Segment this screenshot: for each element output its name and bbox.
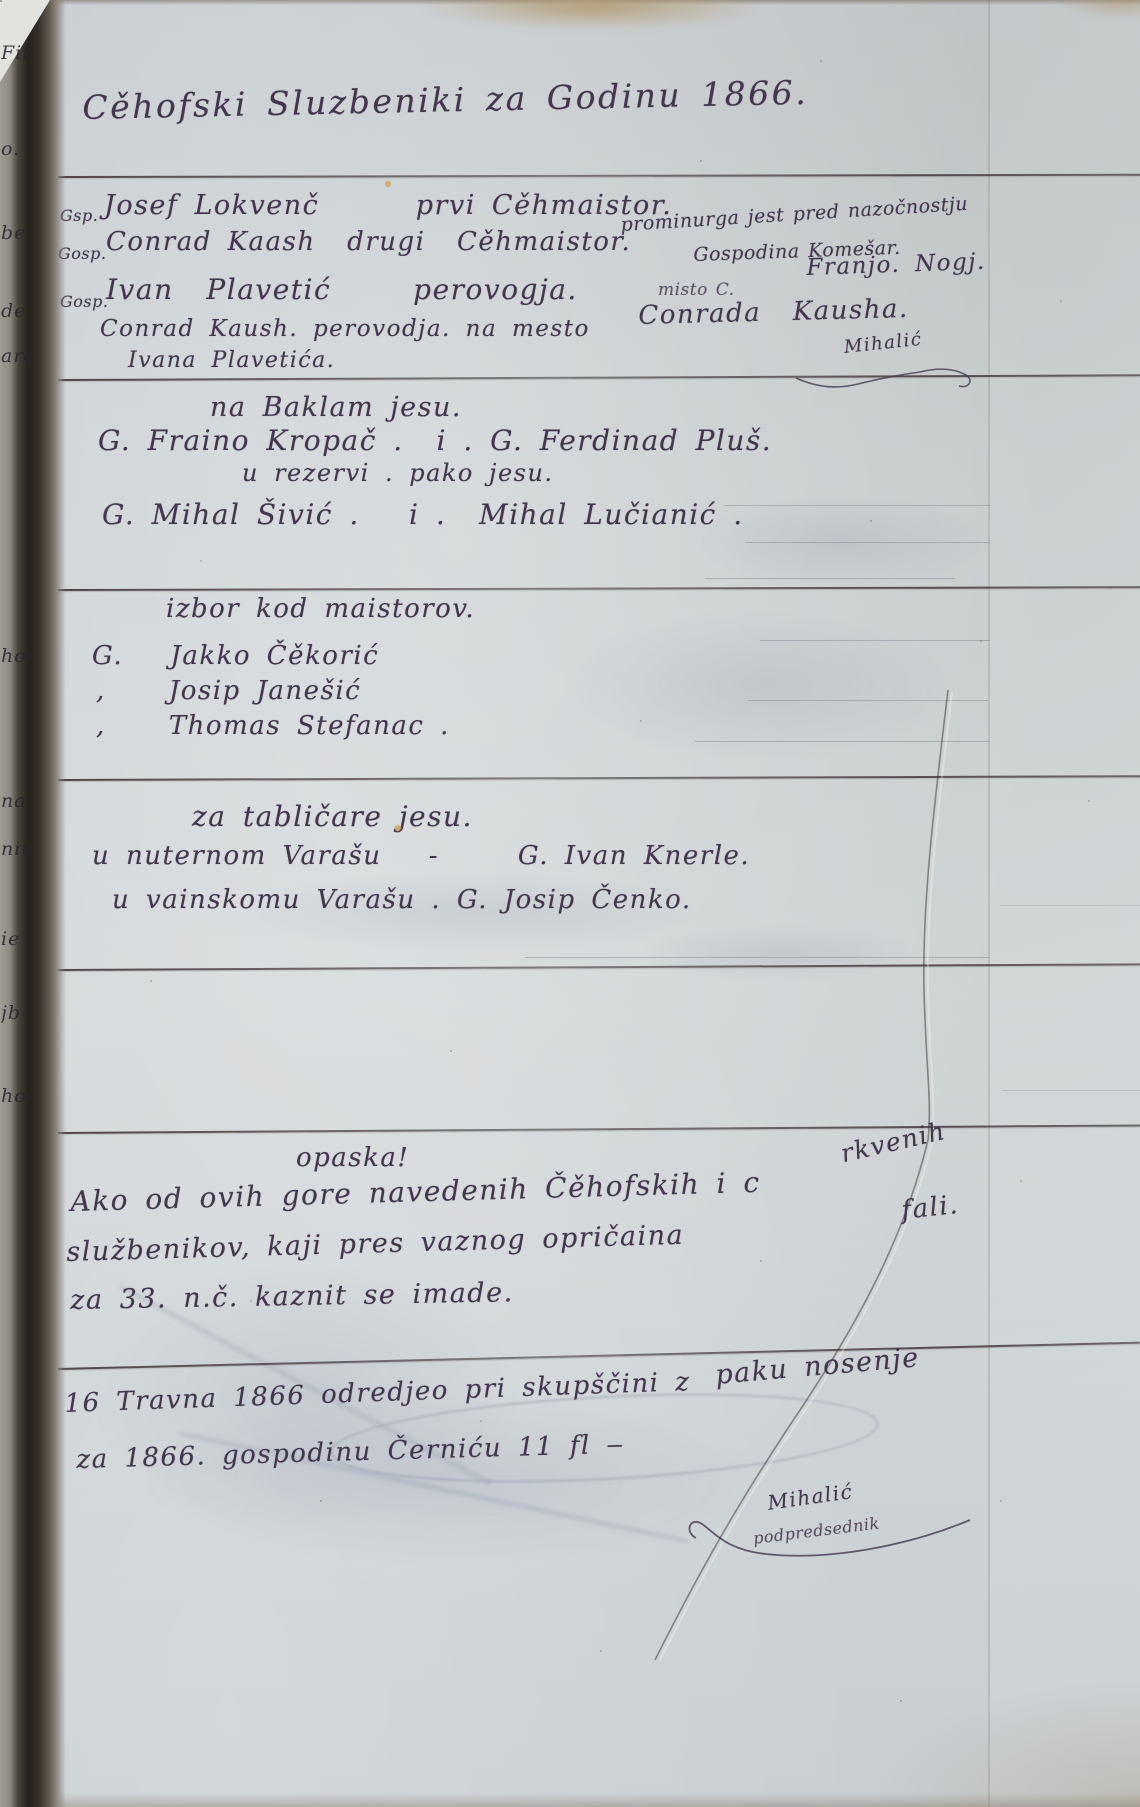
izbor-line: G. Jakko Čěkorić [92, 641, 379, 671]
manuscript-page-scan: Cěhofski Sluzbeniki za Godinu 1866. Gsp.… [0, 0, 1140, 1807]
paper-specks [0, 0, 2, 2]
official-line-replaced-name: Ivana Plavetića. [128, 348, 335, 373]
section-heading-baklam: na Baklam jesu. [210, 392, 462, 423]
margin-fragment: are [1, 345, 31, 367]
marginal-note: misto C. [658, 280, 735, 300]
tablicari-line: u nuternom Varašu - G. Ivan Knerle. [92, 841, 750, 871]
official-line-second-cehmaistor: Conrad Kaash drugi Cěhmaistor. [106, 227, 631, 257]
book-gutter-shadow [0, 0, 66, 1807]
official-line-replacement: Conrad Kaush. perovodja. na mesto [100, 316, 590, 342]
izbor-line: , Josip Janešić [96, 676, 361, 706]
margin-fragment: Fit [1, 42, 31, 64]
signature-flourish-icon [788, 350, 978, 390]
tablicari-line: u vainskomu Varašu . G. Josip Čenko. [112, 885, 692, 915]
izbor-line: , Thomas Stefanac . [96, 711, 450, 741]
baklam-line: G. Fraino Kropač . i . G. Ferdinad Pluš. [98, 424, 772, 457]
section-heading-izbor: izbor kod maistorov. [166, 594, 475, 624]
honorific-abbrev: Gosp. [60, 292, 108, 311]
margin-fragment: ie [1, 928, 31, 950]
baklam-line: G. Mihal Šivić . i . Mihal Lučianić . [102, 498, 744, 531]
paper-speck-yellow [385, 181, 391, 187]
margin-fragment: be [1, 222, 31, 244]
page-corner [0, 0, 50, 82]
margin-fragment: nit [1, 838, 31, 860]
section-heading-opaska: opaska! [296, 1143, 409, 1173]
paper-speck-yellow [395, 825, 401, 831]
margin-fragment: hog [1, 1085, 31, 1107]
section-heading-tablicari: za tabličare jesu. [192, 800, 473, 833]
margin-fragment: jb [1, 1002, 31, 1024]
baklam-line: u rezervi . pako jesu. [242, 459, 554, 487]
margin-fragment: o. [1, 138, 31, 160]
margin-fragment: de [1, 300, 31, 322]
opaska-overflow-word: fali. [900, 1190, 960, 1226]
margin-fragment: hoi [1, 645, 31, 667]
signature-flourish-icon [676, 1498, 986, 1568]
official-line-secretary: Ivan Plavetić perovogja. [106, 273, 578, 306]
official-line-first-cehmaistor: Josef Lokvenč prvi Cěhmaistor. [104, 190, 672, 221]
margin-fragment: na [1, 790, 31, 812]
